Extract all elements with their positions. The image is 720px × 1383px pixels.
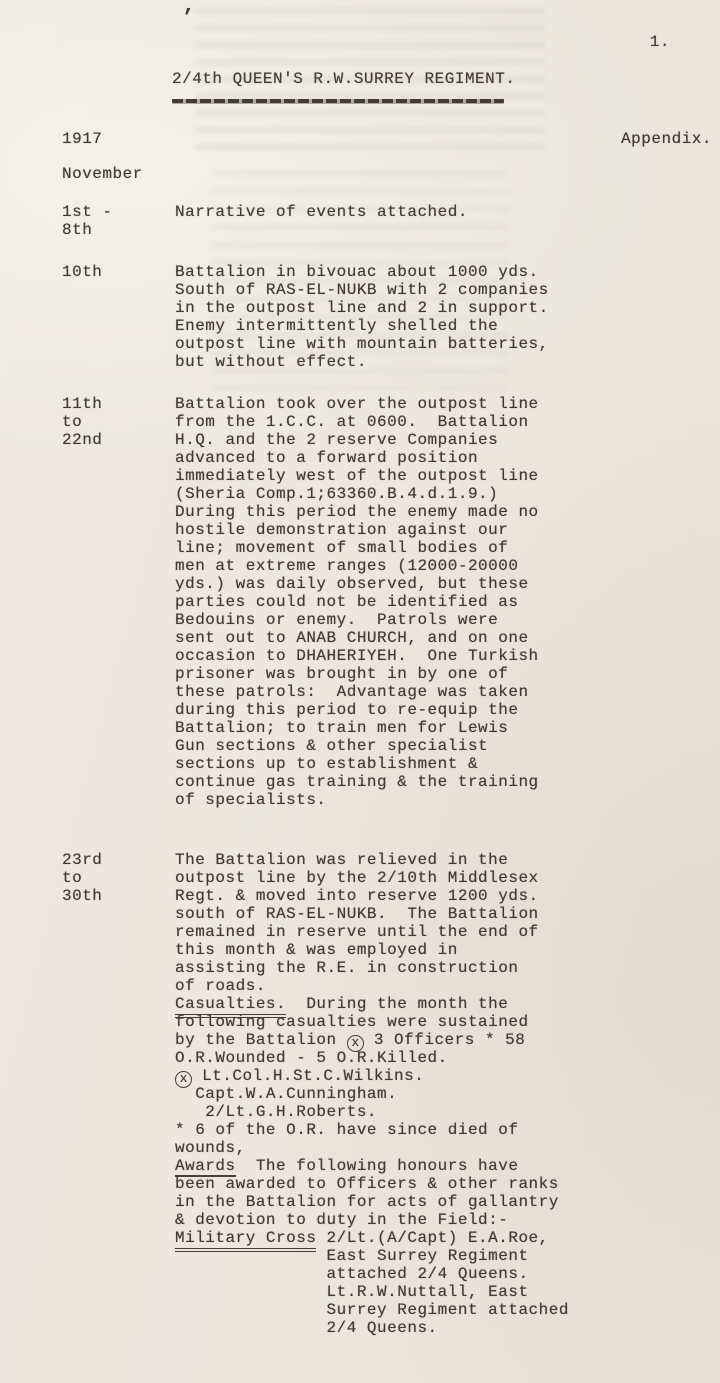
entry-text-line: The Battalion was relieved in the (175, 851, 720, 869)
text-segment: by the Battalion (175, 1031, 347, 1049)
entry-text-line: Lt.R.W.Nuttall, East (175, 1283, 720, 1301)
entry-text-line: during this period to re-equip the (175, 701, 720, 719)
entry-text-line: but without effect. (175, 353, 720, 371)
entry-text-line: & devotion to duty in the Field:- (175, 1211, 720, 1229)
entry-date-line: 30th (62, 887, 175, 905)
entry-text-line: parties could not be identified as (175, 593, 720, 611)
entry-text-line: south of RAS-EL-NUKB. The Battalion (175, 905, 720, 923)
text-segment: 2/Lt.(A/Capt) E.A.Roe, (316, 1229, 548, 1247)
entry-text-line: outpost line with mountain batteries, (175, 335, 720, 353)
entry-text-line: outpost line by the 2/10th Middlesex (175, 869, 720, 887)
entry-text-line: Casualties. During the month the (175, 995, 720, 1013)
entry-text-line: Bedouins or enemy. Patrols were (175, 611, 720, 629)
entry-date-line: to (62, 413, 175, 431)
underlined-heading: Awards (175, 1157, 236, 1177)
document-header: 2/4th QUEEN'S R.W.SURREY REGIMENT. (172, 0, 517, 103)
entry-text-line: hostile demonstration against our (175, 521, 720, 539)
entry-text-line: Military Cross 2/Lt.(A/Capt) E.A.Roe, (175, 1229, 720, 1247)
entry-text-line: Awards The following honours have (175, 1157, 720, 1175)
month-label: November (62, 165, 720, 183)
year-row: 1917 Appendix. (62, 130, 712, 148)
entry-text-line: advanced to a forward position (175, 449, 720, 467)
entry-date-line: 23rd (62, 851, 175, 869)
entry-date: 11thto22nd (62, 395, 175, 809)
entry-text-line: following casualties were sustained (175, 1013, 720, 1031)
entry-text-line: Battalion took over the outpost line (175, 395, 720, 413)
entry-text: Narrative of events attached. (175, 203, 720, 239)
entry-text-line: wounds, (175, 1139, 720, 1157)
entry-text-line: Gun sections & other specialist (175, 737, 720, 755)
text-segment: The following honours have (236, 1157, 519, 1175)
entry-text-line: 2/4 Queens. (175, 1319, 720, 1337)
entry-text-line: in the Battalion for acts of gallantry (175, 1193, 720, 1211)
entry-text-line: line; movement of small bodies of (175, 539, 720, 557)
entry-text-line: Surrey Regiment attached (175, 1301, 720, 1319)
entry-text: The Battalion was relieved in theoutpost… (175, 851, 720, 1337)
entry-date-line: 22nd (62, 431, 175, 449)
entry-text-line: prisoner was brought in by one of (175, 665, 720, 683)
ink-smudge: , (183, 0, 196, 16)
entry-text-line: immediately west of the outpost line (175, 467, 720, 485)
text-segment: Lt.Col.H.St.C.Wilkins. (192, 1067, 424, 1085)
entry-date: 1st -8th (62, 203, 175, 239)
year-label: 1917 (62, 130, 102, 148)
entry-text-line: 2/Lt.G.H.Roberts. (175, 1103, 720, 1121)
diary-entry: 11thto22ndBattalion took over the outpos… (0, 395, 720, 809)
entry-date-line: 11th (62, 395, 175, 413)
entry-text-line: this month & was employed in (175, 941, 720, 959)
entry-date-line: to (62, 869, 175, 887)
page-title: 2/4th QUEEN'S R.W.SURREY REGIMENT. (172, 70, 517, 88)
entry-date-line: 1st - (62, 203, 175, 221)
entry-date: 23rdto30th (62, 851, 175, 1337)
entry-text-line: occasion to DHAHERIYEH. One Turkish (175, 647, 720, 665)
entry-text-line: x Lt.Col.H.St.C.Wilkins. (175, 1067, 720, 1085)
text-segment: 3 Officers * 58 (364, 1031, 526, 1049)
entry-text-line: these patrols: Advantage was taken (175, 683, 720, 701)
entry-date-line: 10th (62, 263, 175, 281)
document-page: , 1. 2/4th QUEEN'S R.W.SURREY REGIMENT. … (0, 0, 720, 1383)
entry-text-line: Enemy intermittently shelled the (175, 317, 720, 335)
entry-text-line: been awarded to Officers & other ranks (175, 1175, 720, 1193)
entry-text-line: (Sheria Comp.1;63360.B.4.d.1.9.) (175, 485, 720, 503)
title-underline (172, 99, 504, 103)
entry-text-line: East Surrey Regiment (175, 1247, 720, 1265)
entry-text-line: of specialists. (175, 791, 720, 809)
entry-text-line: O.R.Wounded - 5 O.R.Killed. (175, 1049, 720, 1067)
entry-text-line: Battalion; to train men for Lewis (175, 719, 720, 737)
diary-entry: 1st -8thNarrative of events attached. (0, 203, 720, 239)
entry-text-line: sections up to establishment & (175, 755, 720, 773)
page-number: 1. (650, 33, 670, 51)
entry-text-line: Capt.W.A.Cunningham. (175, 1085, 720, 1103)
entry-text-line: Regt. & moved into reserve 1200 yds. (175, 887, 720, 905)
entry-text-line: * 6 of the O.R. have since died of (175, 1121, 720, 1139)
entry-text-line: Narrative of events attached. (175, 203, 720, 221)
entry-text-line: men at extreme ranges (12000-20000 (175, 557, 720, 575)
entry-text: Battalion took over the outpost linefrom… (175, 395, 720, 809)
appendix-label: Appendix. (621, 130, 712, 148)
entry-text-line: yds.) was daily observed, but these (175, 575, 720, 593)
entry-text: Battalion in bivouac about 1000 yds.Sout… (175, 263, 720, 371)
entry-text-line: During this period the enemy made no (175, 503, 720, 521)
entry-text-line: H.Q. and the 2 reserve Companies (175, 431, 720, 449)
diary-entry: 23rdto30thThe Battalion was relieved in … (0, 851, 720, 1337)
diary-entry: 10thBattalion in bivouac about 1000 yds.… (0, 263, 720, 371)
diary-entries: 1st -8thNarrative of events attached.10t… (0, 203, 720, 1337)
entry-text-line: of roads. (175, 977, 720, 995)
entry-text-line: South of RAS-EL-NUKB with 2 companies (175, 281, 720, 299)
text-segment: During the month the (286, 995, 508, 1013)
entry-text-line: remained in reserve until the end of (175, 923, 720, 941)
entry-date-line: 8th (62, 221, 175, 239)
entry-text-line: continue gas training & the training (175, 773, 720, 791)
entry-text-line: Battalion in bivouac about 1000 yds. (175, 263, 720, 281)
entry-text-line: attached 2/4 Queens. (175, 1265, 720, 1283)
entry-text-line: from the 1.C.C. at 0600. Battalion (175, 413, 720, 431)
entry-text-line: assisting the R.E. in construction (175, 959, 720, 977)
entry-text-line: in the outpost line and 2 in support. (175, 299, 720, 317)
entry-text-line: sent out to ANAB CHURCH, and on one (175, 629, 720, 647)
entry-date: 10th (62, 263, 175, 371)
entry-text-line: by the Battalion x 3 Officers * 58 (175, 1031, 720, 1049)
